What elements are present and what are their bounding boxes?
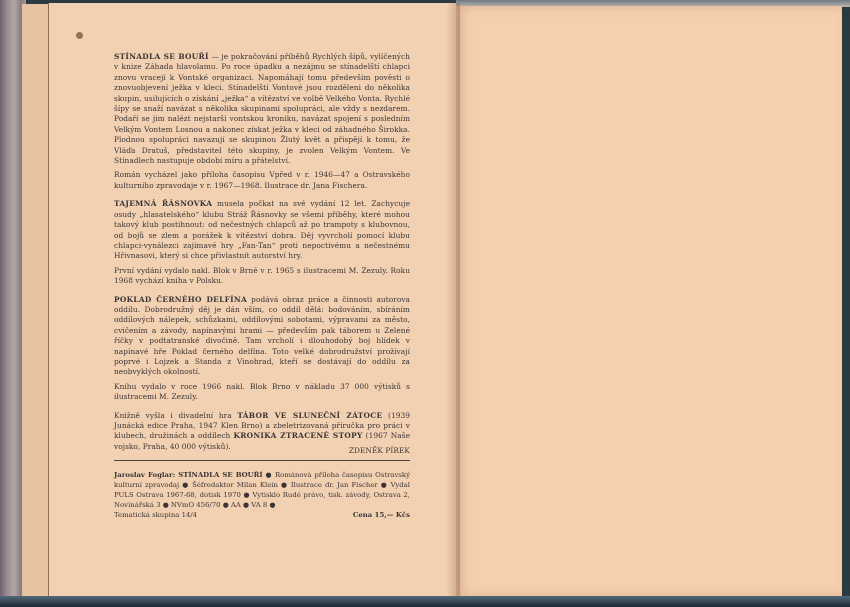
- book-scan: STÍNADLA SE BOUŘÍ — je pokračování příbě…: [0, 0, 850, 607]
- section-stinadla: STÍNADLA SE BOUŘÍ — je pokračování příbě…: [114, 52, 410, 166]
- section-note: První vydání vydalo nakl. Blok v Brně v …: [114, 266, 410, 287]
- colophon: Jaroslav Foglar: STÍNADLA SE BOUŘÍ ● Rom…: [114, 470, 410, 520]
- section-title: TAJEMNÁ ŘÁSNOVKA: [114, 199, 212, 208]
- divider-line: [114, 460, 410, 461]
- section-title: STÍNADLA SE BOUŘÍ: [114, 52, 209, 61]
- section-note: Román vycházel jako příloha časopisu Vpř…: [114, 170, 410, 191]
- right-page-blank: [456, 6, 842, 596]
- book-gutter: [446, 3, 460, 597]
- cover-edge-bottom: [0, 596, 850, 607]
- section-note: Knihu vydalo v roce 1966 nakl. Blok Brno…: [114, 382, 410, 403]
- colophon-title: Jaroslav Foglar: STÍNADLA SE BOUŘÍ: [114, 471, 263, 479]
- colophon-group: Tematická skupina 14/4: [114, 511, 197, 519]
- paper-stain: [76, 32, 83, 39]
- price-label: Cena 15,— Kčs: [353, 510, 410, 520]
- afterword-text: STÍNADLA SE BOUŘÍ — je pokračování příbě…: [114, 52, 410, 456]
- section-poklad: POKLAD ČERNÉHO DELFÍNA podává obraz prác…: [114, 295, 410, 378]
- section-rasnovka: TAJEMNÁ ŘÁSNOVKA musela počkat na své vy…: [114, 199, 410, 261]
- section-title: POKLAD ČERNÉHO DELFÍNA: [114, 295, 247, 304]
